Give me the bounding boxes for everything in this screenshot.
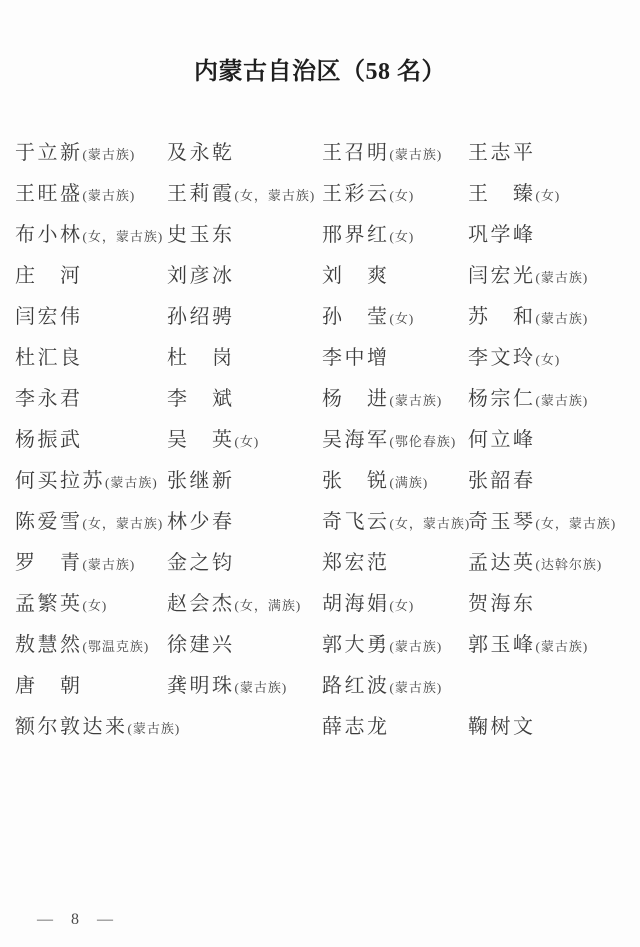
- name-entry: 额尔敦达来(蒙古族): [15, 710, 167, 739]
- page-number: — 8 —: [37, 911, 120, 929]
- person-name: 杨 进: [322, 388, 390, 410]
- name-entry: 苏 和(蒙古族): [468, 300, 635, 329]
- name-entry: 敖慧然(鄂温克族): [15, 628, 167, 657]
- person-name: 薛志龙: [322, 716, 390, 738]
- roster-row: 庄 河刘彦冰刘 爽闫宏光(蒙古族): [15, 253, 635, 294]
- ethnicity-gender-tag: (蒙古族): [235, 680, 288, 695]
- person-name: 孙 莹: [322, 306, 390, 328]
- name-entry: 张韶春: [468, 464, 635, 493]
- name-roster: 于立新(蒙古族)及永乾王召明(蒙古族)王志平王旺盛(蒙古族)王莉霞(女，蒙古族)…: [15, 130, 635, 745]
- name-entry: 鞠树文: [468, 710, 635, 739]
- name-entry: 王志平: [468, 136, 635, 165]
- name-entry: 杨振武: [15, 423, 167, 452]
- roster-row: 王旺盛(蒙古族)王莉霞(女，蒙古族)王彩云(女)王 臻(女): [15, 171, 635, 212]
- name-entry: 张继新: [167, 464, 322, 493]
- person-name: 王召明: [322, 142, 390, 164]
- name-entry: 薛志龙: [322, 710, 468, 739]
- ethnicity-gender-tag: (女): [390, 598, 415, 613]
- person-name: 杨振武: [15, 429, 83, 451]
- ethnicity-gender-tag: (蒙古族): [390, 393, 443, 408]
- person-name: 奇飞云: [322, 511, 390, 533]
- person-name: 李中增: [322, 347, 390, 369]
- name-entry: 郭大勇(蒙古族): [322, 628, 468, 657]
- roster-row: 额尔敦达来(蒙古族)薛志龙鞠树文: [15, 704, 635, 745]
- name-entry: 龚明珠(蒙古族): [167, 669, 322, 698]
- roster-row: 陈爱雪(女，蒙古族)林少春奇飞云(女，蒙古族)奇玉琴(女，蒙古族): [15, 499, 635, 540]
- name-entry: 闫宏光(蒙古族): [468, 259, 635, 288]
- name-entry: 刘彦冰: [167, 259, 322, 288]
- ethnicity-gender-tag: (蒙古族): [536, 393, 589, 408]
- name-entry: 杨宗仁(蒙古族): [468, 382, 635, 411]
- name-entry: 庄 河: [15, 259, 167, 288]
- person-name: 罗 青: [15, 552, 83, 574]
- name-entry: 王 臻(女): [468, 177, 635, 206]
- person-name: 赵会杰: [167, 593, 235, 615]
- person-name: 孙绍骋: [167, 306, 235, 328]
- person-name: 张韶春: [468, 470, 536, 492]
- person-name: 敖慧然: [15, 634, 83, 656]
- person-name: 及永乾: [167, 142, 235, 164]
- ethnicity-gender-tag: (蒙古族): [105, 475, 158, 490]
- person-name: 吴 英: [167, 429, 235, 451]
- name-entry: 杨 进(蒙古族): [322, 382, 468, 411]
- name-entry: 刘 爽: [322, 259, 468, 288]
- roster-row: 孟繁英(女)赵会杰(女，满族)胡海娟(女)贺海东: [15, 581, 635, 622]
- person-name: 闫宏伟: [15, 306, 83, 328]
- name-entry: 徐建兴: [167, 628, 322, 657]
- ethnicity-gender-tag: (蒙古族): [390, 147, 443, 162]
- person-name: 于立新: [15, 142, 83, 164]
- name-entry: 王莉霞(女，蒙古族): [167, 177, 322, 206]
- ethnicity-gender-tag: (女): [536, 352, 561, 367]
- roster-row: 于立新(蒙古族)及永乾王召明(蒙古族)王志平: [15, 130, 635, 171]
- name-entry: 杜汇良: [15, 341, 167, 370]
- page-title: 内蒙古自治区（58 名）: [0, 51, 640, 86]
- person-name: 刘 爽: [322, 265, 390, 287]
- name-entry: 郑宏范: [322, 546, 468, 575]
- name-entry: 张 锐(满族): [322, 464, 468, 493]
- ethnicity-gender-tag: (蒙古族): [536, 639, 589, 654]
- roster-row: 何买拉苏(蒙古族)张继新张 锐(满族)张韶春: [15, 458, 635, 499]
- name-entry: 胡海娟(女): [322, 587, 468, 616]
- person-name: 郭玉峰: [468, 634, 536, 656]
- name-entry: 林少春: [167, 505, 322, 534]
- person-name: 巩学峰: [468, 224, 536, 246]
- name-entry: 唐 朝: [15, 669, 167, 698]
- person-name: 林少春: [167, 511, 235, 533]
- person-name: 郑宏范: [322, 552, 390, 574]
- name-entry: 李 斌: [167, 382, 322, 411]
- roster-row: 布小林(女，蒙古族)史玉东邢界红(女)巩学峰: [15, 212, 635, 253]
- ethnicity-gender-tag: (蒙古族): [83, 557, 136, 572]
- person-name: 邢界红: [322, 224, 390, 246]
- person-name: 布小林: [15, 224, 83, 246]
- roster-row: 杜汇良杜 岗李中增李文玲(女): [15, 335, 635, 376]
- person-name: 贺海东: [468, 593, 536, 615]
- document-page: 内蒙古自治区（58 名） 于立新(蒙古族)及永乾王召明(蒙古族)王志平王旺盛(蒙…: [0, 0, 640, 947]
- roster-row: 罗 青(蒙古族)金之钧郑宏范孟达英(达斡尔族): [15, 540, 635, 581]
- name-entry: 史玉东: [167, 218, 322, 247]
- person-name: 李永君: [15, 388, 83, 410]
- person-name: 杜 岗: [167, 347, 235, 369]
- roster-row: 闫宏伟孙绍骋孙 莹(女)苏 和(蒙古族): [15, 294, 635, 335]
- roster-row: 唐 朝龚明珠(蒙古族)路红波(蒙古族): [15, 663, 635, 704]
- person-name: 路红波: [322, 675, 390, 697]
- name-entry: 巩学峰: [468, 218, 635, 247]
- person-name: 史玉东: [167, 224, 235, 246]
- ethnicity-gender-tag: (蒙古族): [390, 680, 443, 695]
- roster-row: 敖慧然(鄂温克族)徐建兴郭大勇(蒙古族)郭玉峰(蒙古族): [15, 622, 635, 663]
- roster-row: 李永君李 斌杨 进(蒙古族)杨宗仁(蒙古族): [15, 376, 635, 417]
- person-name: 王 臻: [468, 183, 536, 205]
- person-name: 唐 朝: [15, 675, 83, 697]
- ethnicity-gender-tag: (蒙古族): [83, 188, 136, 203]
- name-entry: 孟达英(达斡尔族): [468, 546, 635, 575]
- ethnicity-gender-tag: (女): [390, 311, 415, 326]
- person-name: 王志平: [468, 142, 536, 164]
- name-entry: 奇玉琴(女，蒙古族): [468, 505, 635, 534]
- person-name: 苏 和: [468, 306, 536, 328]
- person-name: 鞠树文: [468, 716, 536, 738]
- person-name: 王彩云: [322, 183, 390, 205]
- person-name: 孟繁英: [15, 593, 83, 615]
- name-entry: 贺海东: [468, 587, 635, 616]
- person-name: 何立峰: [468, 429, 536, 451]
- person-name: 刘彦冰: [167, 265, 235, 287]
- ethnicity-gender-tag: (蒙古族): [390, 639, 443, 654]
- name-entry: 吴 英(女): [167, 423, 322, 452]
- name-entry: 李文玲(女): [468, 341, 635, 370]
- ethnicity-gender-tag: (女，蒙古族): [536, 516, 617, 531]
- name-entry: 孙绍骋: [167, 300, 322, 329]
- ethnicity-gender-tag: (女，蒙古族): [390, 516, 471, 531]
- name-entry: 奇飞云(女，蒙古族): [322, 505, 468, 534]
- roster-row: 杨振武吴 英(女)吴海军(鄂伦春族)何立峰: [15, 417, 635, 458]
- ethnicity-gender-tag: (女，满族): [235, 598, 302, 613]
- ethnicity-gender-tag: (蒙古族): [128, 721, 181, 736]
- person-name: 张继新: [167, 470, 235, 492]
- ethnicity-gender-tag: (满族): [390, 475, 429, 490]
- ethnicity-gender-tag: (女，蒙古族): [83, 229, 164, 244]
- name-entry: 孟繁英(女): [15, 587, 167, 616]
- name-entry: 陈爱雪(女，蒙古族): [15, 505, 167, 534]
- ethnicity-gender-tag: (鄂温克族): [83, 639, 150, 654]
- person-name: 何买拉苏: [15, 470, 105, 492]
- ethnicity-gender-tag: (女): [390, 188, 415, 203]
- name-entry: 王召明(蒙古族): [322, 136, 468, 165]
- name-entry: 孙 莹(女): [322, 300, 468, 329]
- name-entry: 赵会杰(女，满族): [167, 587, 322, 616]
- person-name: 王莉霞: [167, 183, 235, 205]
- ethnicity-gender-tag: (达斡尔族): [536, 557, 603, 572]
- ethnicity-gender-tag: (蒙古族): [536, 270, 589, 285]
- ethnicity-gender-tag: (女): [536, 188, 561, 203]
- person-name: 杜汇良: [15, 347, 83, 369]
- person-name: 金之钧: [167, 552, 235, 574]
- ethnicity-gender-tag: (女，蒙古族): [83, 516, 164, 531]
- name-entry: 罗 青(蒙古族): [15, 546, 167, 575]
- person-name: 孟达英: [468, 552, 536, 574]
- person-name: 胡海娟: [322, 593, 390, 615]
- name-entry: 何买拉苏(蒙古族): [15, 464, 167, 493]
- person-name: 李 斌: [167, 388, 235, 410]
- name-entry: 金之钧: [167, 546, 322, 575]
- person-name: 张 锐: [322, 470, 390, 492]
- name-entry: 何立峰: [468, 423, 635, 452]
- person-name: 奇玉琴: [468, 511, 536, 533]
- name-entry: 路红波(蒙古族): [322, 669, 468, 698]
- person-name: 徐建兴: [167, 634, 235, 656]
- person-name: 郭大勇: [322, 634, 390, 656]
- name-entry: 邢界红(女): [322, 218, 468, 247]
- person-name: 王旺盛: [15, 183, 83, 205]
- name-entry: 布小林(女，蒙古族): [15, 218, 167, 247]
- person-name: 吴海军: [322, 429, 390, 451]
- name-entry: 郭玉峰(蒙古族): [468, 628, 635, 657]
- person-name: 闫宏光: [468, 265, 536, 287]
- name-entry: 李中增: [322, 341, 468, 370]
- ethnicity-gender-tag: (蒙古族): [536, 311, 589, 326]
- person-name: 庄 河: [15, 265, 83, 287]
- name-entry: 王彩云(女): [322, 177, 468, 206]
- ethnicity-gender-tag: (女): [235, 434, 260, 449]
- name-entry: 闫宏伟: [15, 300, 167, 329]
- ethnicity-gender-tag: (鄂伦春族): [390, 434, 457, 449]
- name-entry: 及永乾: [167, 136, 322, 165]
- person-name: 额尔敦达来: [15, 716, 128, 738]
- name-entry: 吴海军(鄂伦春族): [322, 423, 468, 452]
- person-name: 陈爱雪: [15, 511, 83, 533]
- name-entry: 于立新(蒙古族): [15, 136, 167, 165]
- name-entry: 李永君: [15, 382, 167, 411]
- person-name: 杨宗仁: [468, 388, 536, 410]
- person-name: 李文玲: [468, 347, 536, 369]
- person-name: 龚明珠: [167, 675, 235, 697]
- name-entry: 杜 岗: [167, 341, 322, 370]
- ethnicity-gender-tag: (女): [83, 598, 108, 613]
- ethnicity-gender-tag: (女，蒙古族): [235, 188, 316, 203]
- ethnicity-gender-tag: (女): [390, 229, 415, 244]
- ethnicity-gender-tag: (蒙古族): [83, 147, 136, 162]
- name-entry: 王旺盛(蒙古族): [15, 177, 167, 206]
